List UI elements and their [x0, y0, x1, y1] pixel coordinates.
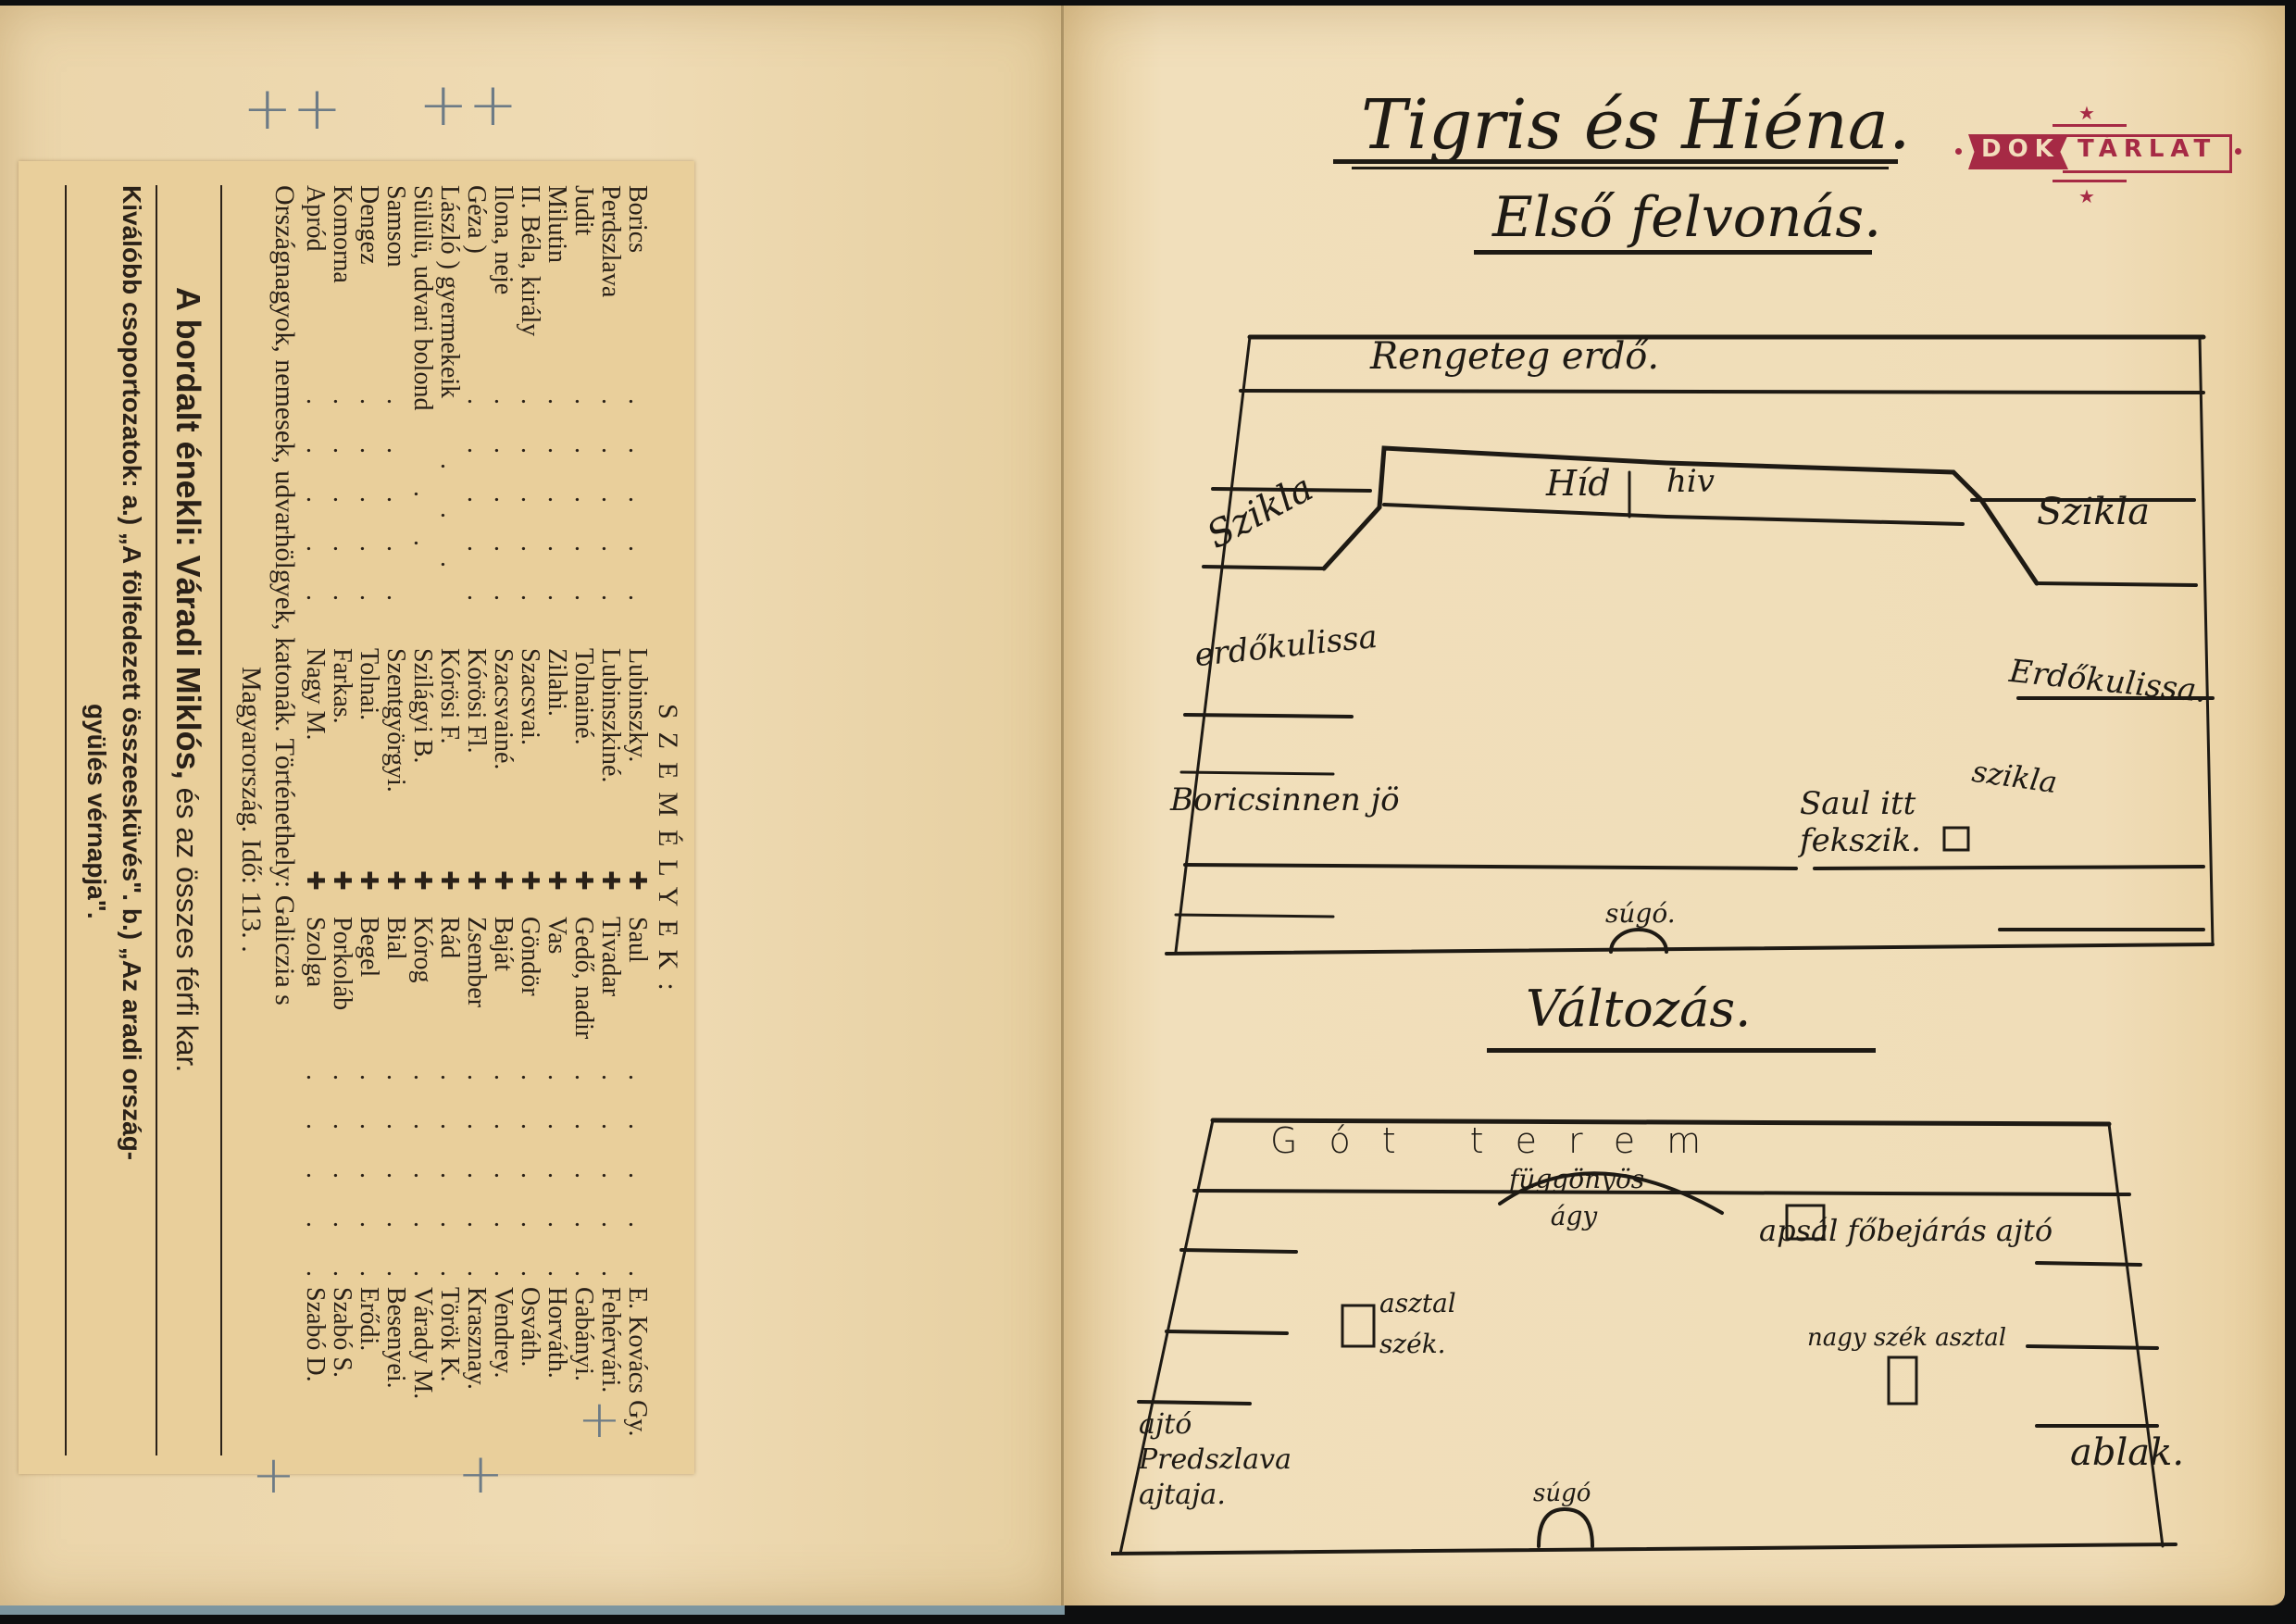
cast-row: László ) gyermekeik...Kórösi F.✚Rád.....… — [436, 185, 462, 1455]
label-bridge-note: hiv — [1666, 463, 1715, 500]
title-underline — [1333, 159, 1898, 164]
label-prompter: súgó. — [1605, 898, 1676, 929]
label-backdrop: Gót terem — [1270, 1120, 1732, 1161]
play-title: Tigris és Hiéna. — [1361, 85, 1911, 165]
change-underline — [1487, 1048, 1876, 1053]
label-right-table: nagy szék asztal — [1807, 1324, 2006, 1352]
label-backdrop: Rengeteg erdő. — [1370, 335, 1659, 378]
setting-line: Magyarország. Idő: 113. . — [235, 667, 267, 953]
left-page: ++ ++ SZEMÉLYEK: Borics.....Lubinszky.✚S… — [0, 6, 1065, 1615]
star-icon: ★ — [2078, 102, 2095, 124]
divider-rule — [156, 185, 157, 1455]
newspaper-cast-list-clipping: SZEMÉLYEK: Borics.....Lubinszky.✚Saul...… — [19, 161, 694, 1474]
stage-plan-scene1: Rengeteg erdő. Híd hiv Szikla Szikla erd… — [1148, 315, 2259, 981]
label-bridge: Híd — [1546, 463, 1611, 504]
open-book-scan: ++ ++ SZEMÉLYEK: Borics.....Lubinszky.✚S… — [0, 0, 2296, 1624]
sung-by-line: A bordalt énekli: Váradi Miklós, és az ö… — [168, 287, 207, 1072]
cast-row: Ilona, neje.....Szacsvainé.✚Baját.....Ve… — [490, 185, 516, 1455]
label-bed: függönyös ágy — [1509, 1161, 1639, 1235]
act-title: Első felvonás. — [1492, 185, 1881, 250]
title-underline — [1352, 167, 1889, 169]
logo-tarlat: TÁRLAT — [2078, 135, 2216, 163]
label-window: ablak. — [2070, 1431, 2184, 1474]
label-main-entrance: apsál főbejárás ajtó — [1759, 1213, 2053, 1248]
pencil-cross: + — [252, 1450, 295, 1502]
ensemble-line: Országnagyok, nemesek, udvarhölgyek, kat… — [268, 185, 300, 1006]
scene-change-title: Változás. — [1526, 980, 1751, 1038]
pencil-cross: + — [578, 1394, 621, 1446]
groups-line: gyülés vérnapja". — [81, 704, 111, 919]
cast-heading: SZEMÉLYEK: — [652, 704, 683, 1004]
divider-rule — [220, 185, 222, 1455]
cast-row: Géza ).....Kórösi Fl.✚Zsember.....Kraszn… — [463, 185, 489, 1455]
label-rock-right: Szikla — [2037, 491, 2150, 533]
cast-row: Perdszlava.....Lubinszkiné.✚Tivadar.....… — [597, 185, 623, 1455]
book-gutter — [1061, 6, 1064, 1605]
label-door-left: ajtó Predszlava ajtaja. — [1139, 1407, 1324, 1513]
label-prompter: súgó — [1533, 1480, 1591, 1507]
cast-row: Dengez.....Tolnai.✚Begel.....Erődi. — [356, 185, 381, 1455]
label-left-table: asztal szék. — [1379, 1283, 1472, 1365]
label-entrance-left: Boricsinnen jö — [1170, 781, 1400, 818]
cast-row: Komorna.....Farkas.✚Porkoláb.....Szabó S… — [329, 185, 355, 1455]
cast-row: Milutin.....Zilahi.✚Vas.....Horváth. — [543, 185, 569, 1455]
cast-row: Apród.....Nagy M.✚Szolga.....Szabó D. — [302, 185, 328, 1455]
cast-row: II. Béla, király.....Szacsvai.✚Göndör...… — [517, 185, 543, 1455]
cast-row: Sülülü, udvari bolond..Szilágyi B.✚Kórog… — [409, 185, 435, 1455]
label-saul-note: Saul itt fekszik. — [1800, 785, 2040, 859]
logo-dok: DOK — [1981, 135, 2060, 163]
cast-row: Judit.....Tolnainé.✚Gedő, nadir.....Gabá… — [570, 185, 596, 1455]
doktarlat-logo: ★ DOK TÁRLAT ★ — [1955, 102, 2242, 204]
groups-line: Kiválóbb csoportozatok: a.) „A fölfedeze… — [117, 185, 146, 1160]
star-icon: ★ — [2078, 185, 2095, 207]
stage-plan-scene2: Gót terem függönyös ágy apsál főbejárás … — [1111, 1102, 2222, 1565]
cast-row: Samson.....Szentgyörgyi.✚Bial.....Beseny… — [382, 185, 408, 1455]
cast-row: Borics.....Lubinszky.✚Saul.....E. Kovács… — [624, 185, 650, 1455]
pencil-mark-crosses: ++ — [418, 76, 518, 135]
pencil-cross: + — [457, 1446, 504, 1502]
divider-rule — [65, 185, 67, 1455]
act-underline — [1474, 250, 1872, 255]
pencil-mark-crosses: ++ — [243, 80, 342, 139]
